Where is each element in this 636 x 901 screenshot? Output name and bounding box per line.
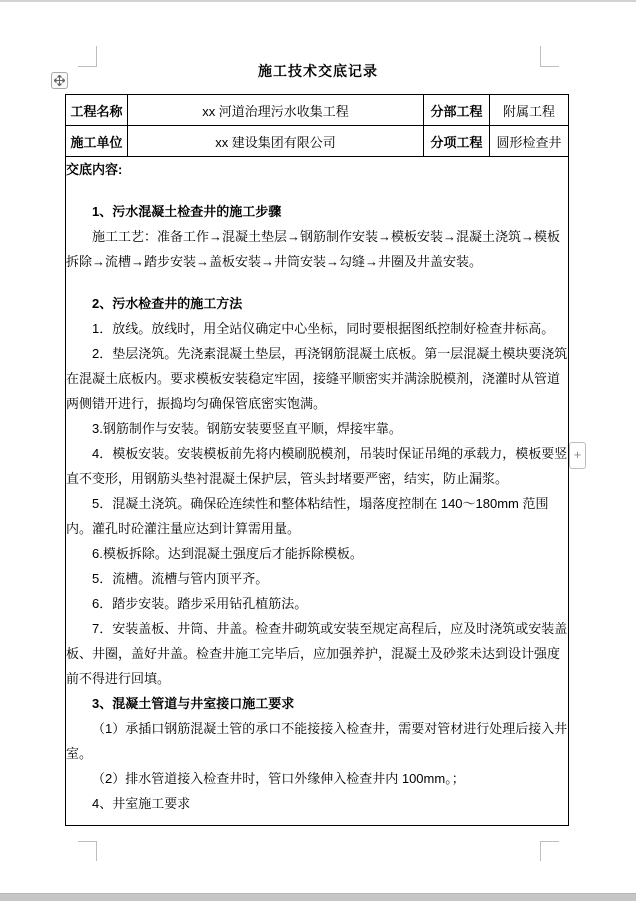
margin-mark-bottom-right xyxy=(540,841,559,861)
insert-plus-button[interactable]: + xyxy=(569,442,586,469)
content-header: 交底内容: xyxy=(66,157,568,182)
division-work-value: 附属工程 xyxy=(490,95,569,126)
content-sections: 1、污水混凝土检查井的施工步骤施工工艺：准备工作→混凝土垫层→钢筋制作安装→模板… xyxy=(66,182,568,816)
division-work-label: 分部工程 xyxy=(424,95,490,126)
subitem-work-value: 圆形检查井 xyxy=(490,126,569,157)
blank-line xyxy=(66,274,568,291)
margin-mark-bottom-left xyxy=(78,841,97,861)
table-row: 工程名称 xx 河道治理污水收集工程 分部工程 附属工程 xyxy=(66,95,569,126)
paragraph: 1．放线。放线时，用全站仪确定中心坐标，同时要根据图纸控制好检查井标高。 xyxy=(66,316,568,341)
subitem-work-label: 分项工程 xyxy=(424,126,490,157)
page-edge-top xyxy=(0,0,636,2)
section-heading: 4、井室施工要求 xyxy=(66,791,568,816)
paragraph: 5．混凝土浇筑。确保砼连续性和整体粘结性，塌落度控制在 140～180mm 范围… xyxy=(66,491,568,541)
construction-unit-value: xx 建设集团有限公司 xyxy=(128,126,424,157)
paragraph: 7．安装盖板、井筒、井盖。检查井砌筑或安装至规定高程后，应及时浇筑或安装盖板、井… xyxy=(66,616,568,691)
paragraph: 4．模板安装。安装模板前先将内模刷脱模剂，吊装时保证吊绳的承载力，模板要竖直不变… xyxy=(66,441,568,491)
page-title: 施工技术交底记录 xyxy=(0,61,636,81)
section-heading: 3、混凝土管道与井室接口施工要求 xyxy=(66,691,568,716)
section-heading: 2、污水检查井的施工方法 xyxy=(66,291,568,316)
table-row: 交底内容: 1、污水混凝土检查井的施工步骤施工工艺：准备工作→混凝土垫层→钢筋制… xyxy=(66,157,569,826)
table-row: 施工单位 xx 建设集团有限公司 分项工程 圆形检查井 xyxy=(66,126,569,157)
paragraph: 3.钢筋制作与安装。钢筋安装要竖直平顺，焊接牢靠。 xyxy=(66,416,568,441)
paragraph: 6．踏步安装。踏步采用钻孔植筋法。 xyxy=(66,591,568,616)
document-page: + 施工技术交底记录 工程名称 xx 河道治理污水收集工程 分部工程 附属工程 … xyxy=(0,0,636,901)
project-name-value: xx 河道治理污水收集工程 xyxy=(128,95,424,126)
section-heading: 1、污水混凝土检查井的施工步骤 xyxy=(66,199,568,224)
paragraph: 5．流槽。流槽与管内顶平齐。 xyxy=(66,566,568,591)
paragraph: 6.模板拆除。达到混凝土强度后才能拆除模板。 xyxy=(66,541,568,566)
construction-unit-label: 施工单位 xyxy=(66,126,128,157)
paragraph: 施工工艺：准备工作→混凝土垫层→钢筋制作安装→模板安装→混凝土浇筑→模板拆除→流… xyxy=(66,224,568,274)
paragraph: （1）承插口钢筋混凝土管的承口不能接接入检查井，需要对管材进行处理后接入井室。 xyxy=(66,716,568,766)
page-edge-bottom xyxy=(0,893,636,901)
paragraph: 2．垫层浇筑。先浇素混凝土垫层，再浇钢筋混凝土底板。第一层混凝土模块要浇筑在混凝… xyxy=(66,341,568,416)
paragraph: （2）排水管道接入检查井时，管口外缘伸入检查井内 100mm。； xyxy=(66,766,568,791)
project-name-label: 工程名称 xyxy=(66,95,128,126)
blank-line xyxy=(66,182,568,199)
disclosure-content-cell: 交底内容: 1、污水混凝土检查井的施工步骤施工工艺：准备工作→混凝土垫层→钢筋制… xyxy=(66,157,569,826)
info-table: 工程名称 xx 河道治理污水收集工程 分部工程 附属工程 施工单位 xx 建设集… xyxy=(65,94,569,826)
